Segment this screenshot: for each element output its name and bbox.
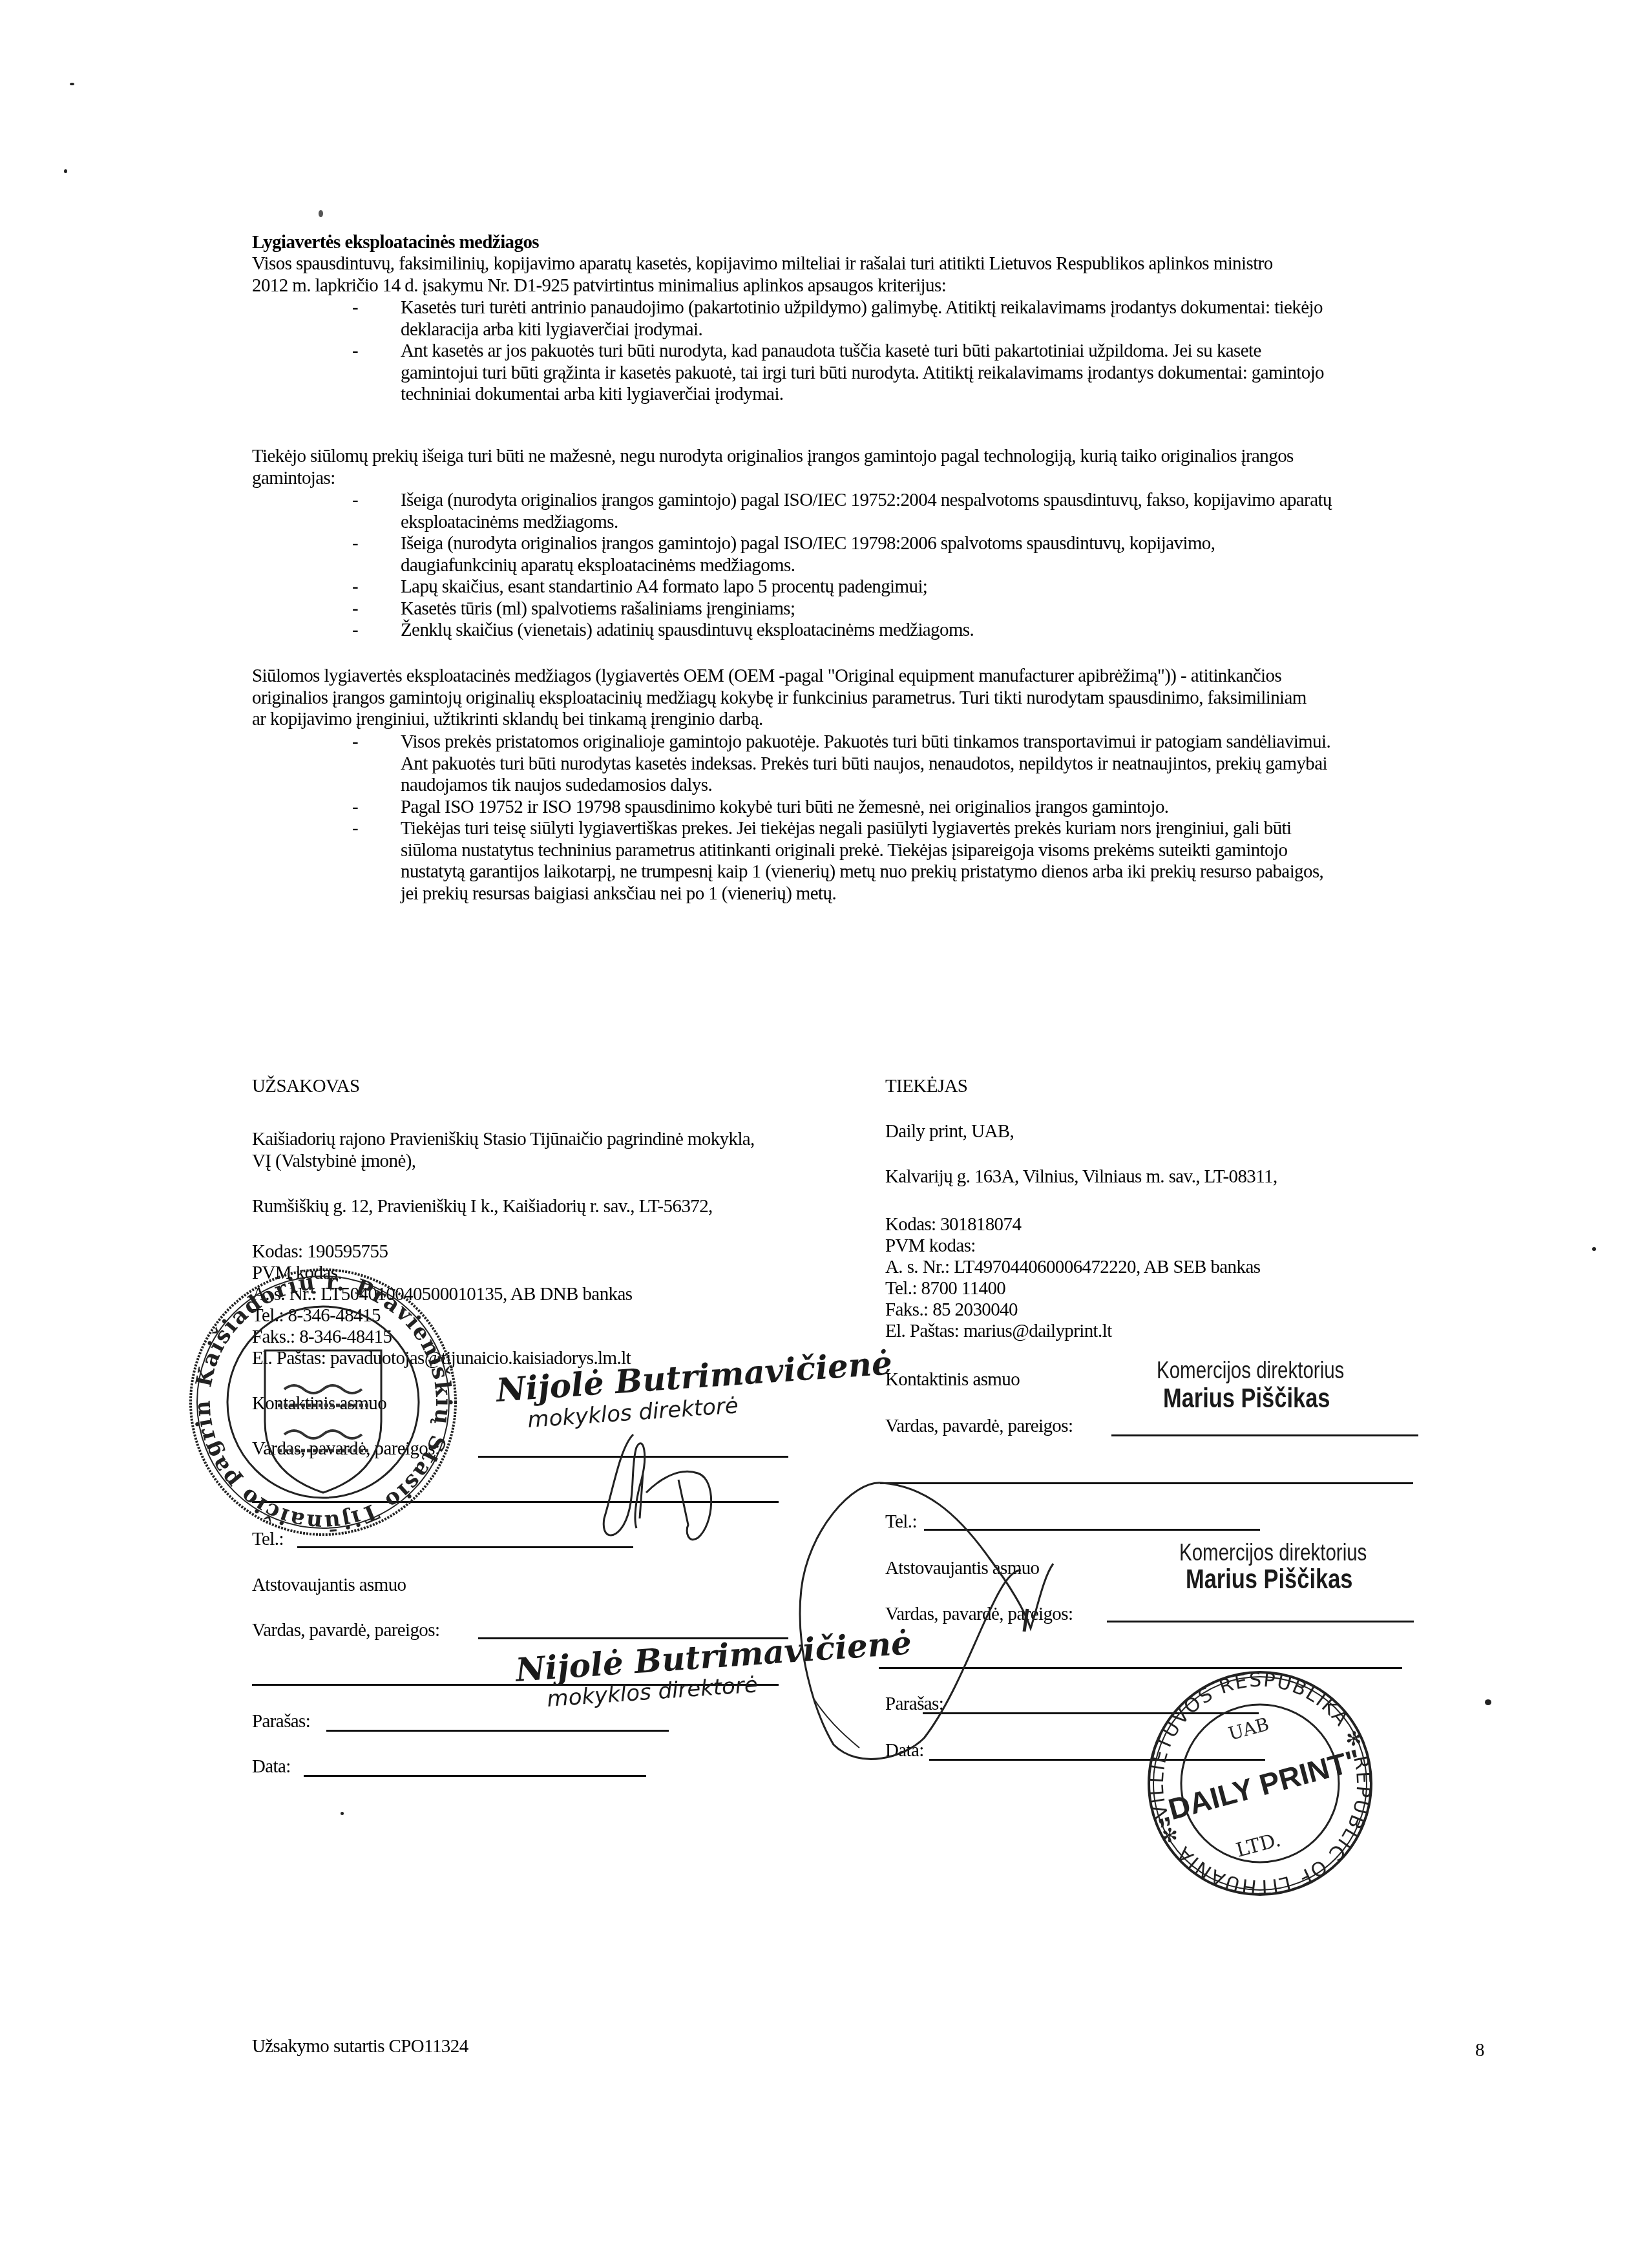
environment-criteria-list: - Kasetės turi turėti antrinio panaudoji… (352, 297, 1489, 406)
customer-name: Kaišiadorių rajono Pravieniškių Stasio T… (252, 1128, 755, 1150)
list-item: - Ženklų skaičius (vienetais) adatinių s… (352, 620, 1489, 642)
yield-paragraph: Tiekėjo siūlomų prekių išeiga turi būti … (252, 446, 1486, 489)
customer-title: UŽSAKOVAS (252, 1075, 360, 1097)
list-item: - Lapų skaičius, esant standartinio A4 f… (352, 576, 1489, 598)
supplier-email: El. Paštas: marius@dailyprint.lt (885, 1320, 1112, 1342)
seal-uab: UAB (1226, 1714, 1272, 1745)
supplier-name-label: Vardas, pavardė, pareigos: (885, 1415, 1073, 1437)
company-seal-icon: LIETUVOS RESPUBLIKA ✻ REPUBLIC OF LITHUA… (1140, 1664, 1380, 1903)
yield-requirements-list: - Išeiga (nurodyta originalios įrangos g… (352, 490, 1489, 642)
customer-rep-name-label: Vardas, pavardė, pareigos: (252, 1619, 439, 1641)
oem-paragraph: Siūlomos lygiavertės eksploatacinės medž… (252, 666, 1486, 731)
intro-paragraph: Visos spausdintuvų, faksimilinių, kopija… (252, 253, 1486, 297)
bullet-dash: - (352, 341, 358, 362)
list-item: - Kasetės turi turėti antrinio panaudoji… (352, 297, 1489, 341)
supplier-phone: Tel.: 8700 11400 (885, 1277, 1005, 1299)
supplier-rep-name-stamp: Marius Piščikas (1186, 1564, 1352, 1595)
list-item: - Ant kasetės ar jos pakuotės turi būti … (352, 341, 1489, 406)
bullet-dash: - (352, 731, 358, 753)
scan-speck (1485, 1699, 1491, 1705)
supplier-code: Kodas: 301818074 (885, 1213, 1021, 1235)
supplier-account: A. s. Nr.: LT497044060006472220, AB SEB … (885, 1256, 1260, 1278)
customer-signature-field[interactable] (326, 1730, 669, 1732)
supplier-name-field[interactable] (1111, 1434, 1418, 1436)
svg-text:LTD.: LTD. (1234, 1829, 1283, 1862)
customer-date-field[interactable] (304, 1775, 646, 1777)
scan-speck (319, 210, 323, 217)
customer-code: Kodas: 190595755 (252, 1241, 388, 1263)
supplier-title: TIEKĖJAS (885, 1075, 967, 1097)
customer-handwritten-signature (601, 1428, 756, 1557)
list-item: - Tiekėjas turi teisę siūlyti lygiaverti… (352, 818, 1489, 905)
supplier-name: Daily print, UAB, (885, 1120, 1014, 1142)
school-seal-icon: Kaišiadorių r. Pravieniškių Stasio Tijūn… (181, 1260, 465, 1544)
scan-speck (70, 83, 74, 85)
supplier-contact-label: Kontaktinis asmuo (885, 1369, 1020, 1391)
supplier-contact-name-stamp: Marius Piščikas (1163, 1383, 1330, 1414)
svg-text:Kaišiadorių r. Pravieniškių St: Kaišiadorių r. Pravieniškių Stasio Tijūn… (181, 1260, 456, 1535)
bullet-dash: - (352, 533, 358, 555)
bullet-dash: - (352, 797, 358, 819)
scan-speck (1592, 1247, 1596, 1251)
bullet-dash: - (352, 576, 358, 598)
list-item: - Visos prekės pristatomos originalioje … (352, 731, 1489, 797)
section-heading: Lygiavertės eksploatacinės medžiagos (252, 231, 539, 253)
page-number: 8 (1475, 2039, 1484, 2061)
supplier-vat-code: PVM kodas: (885, 1235, 976, 1257)
scan-speck (64, 169, 67, 173)
supplier-handwritten-signature (775, 1441, 1189, 1764)
bullet-dash: - (352, 490, 358, 512)
scan-speck (341, 1812, 344, 1815)
supplier-fax: Faks.: 85 2030040 (885, 1299, 1018, 1321)
customer-address: Rumšiškių g. 12, Pravieniškių I k., Kaiš… (252, 1195, 713, 1217)
list-item: - Išeiga (nurodyta originalios įrangos g… (352, 533, 1489, 576)
bullet-dash: - (352, 297, 358, 319)
oem-requirements-list: - Visos prekės pristatomos originalioje … (352, 731, 1489, 905)
customer-rep-label: Atstovaujantis asmuo (252, 1574, 406, 1596)
paragraph-line: Visos spausdintuvų, faksimilinių, kopija… (252, 253, 1486, 275)
customer-date-label: Data: (252, 1756, 291, 1778)
footer-contract-number: Užsakymo sutartis CPO11324 (252, 2035, 468, 2057)
customer-name-type: VĮ (Valstybinė įmonė), (252, 1150, 415, 1172)
paragraph-line: 2012 m. lapkričio 14 d. įsakymu Nr. D1-9… (252, 275, 1486, 297)
supplier-address: Kalvarijų g. 163A, Vilnius, Vilniaus m. … (885, 1166, 1277, 1188)
list-item: - Kasetės tūris (ml) spalvotiems rašalin… (352, 598, 1489, 620)
bullet-dash: - (352, 620, 358, 642)
bullet-dash: - (352, 818, 358, 840)
customer-tel-field[interactable] (297, 1546, 633, 1548)
list-item: - Pagal ISO 19752 ir ISO 19798 spausdini… (352, 797, 1489, 819)
bullet-dash: - (352, 598, 358, 620)
supplier-contact-role-stamp: Komercijos direktorius (1157, 1357, 1344, 1384)
customer-signature-label: Parašas: (252, 1710, 310, 1732)
list-item: - Išeiga (nurodyta originalios įrangos g… (352, 490, 1489, 533)
supplier-rep-role-stamp: Komercijos direktorius (1179, 1539, 1367, 1566)
